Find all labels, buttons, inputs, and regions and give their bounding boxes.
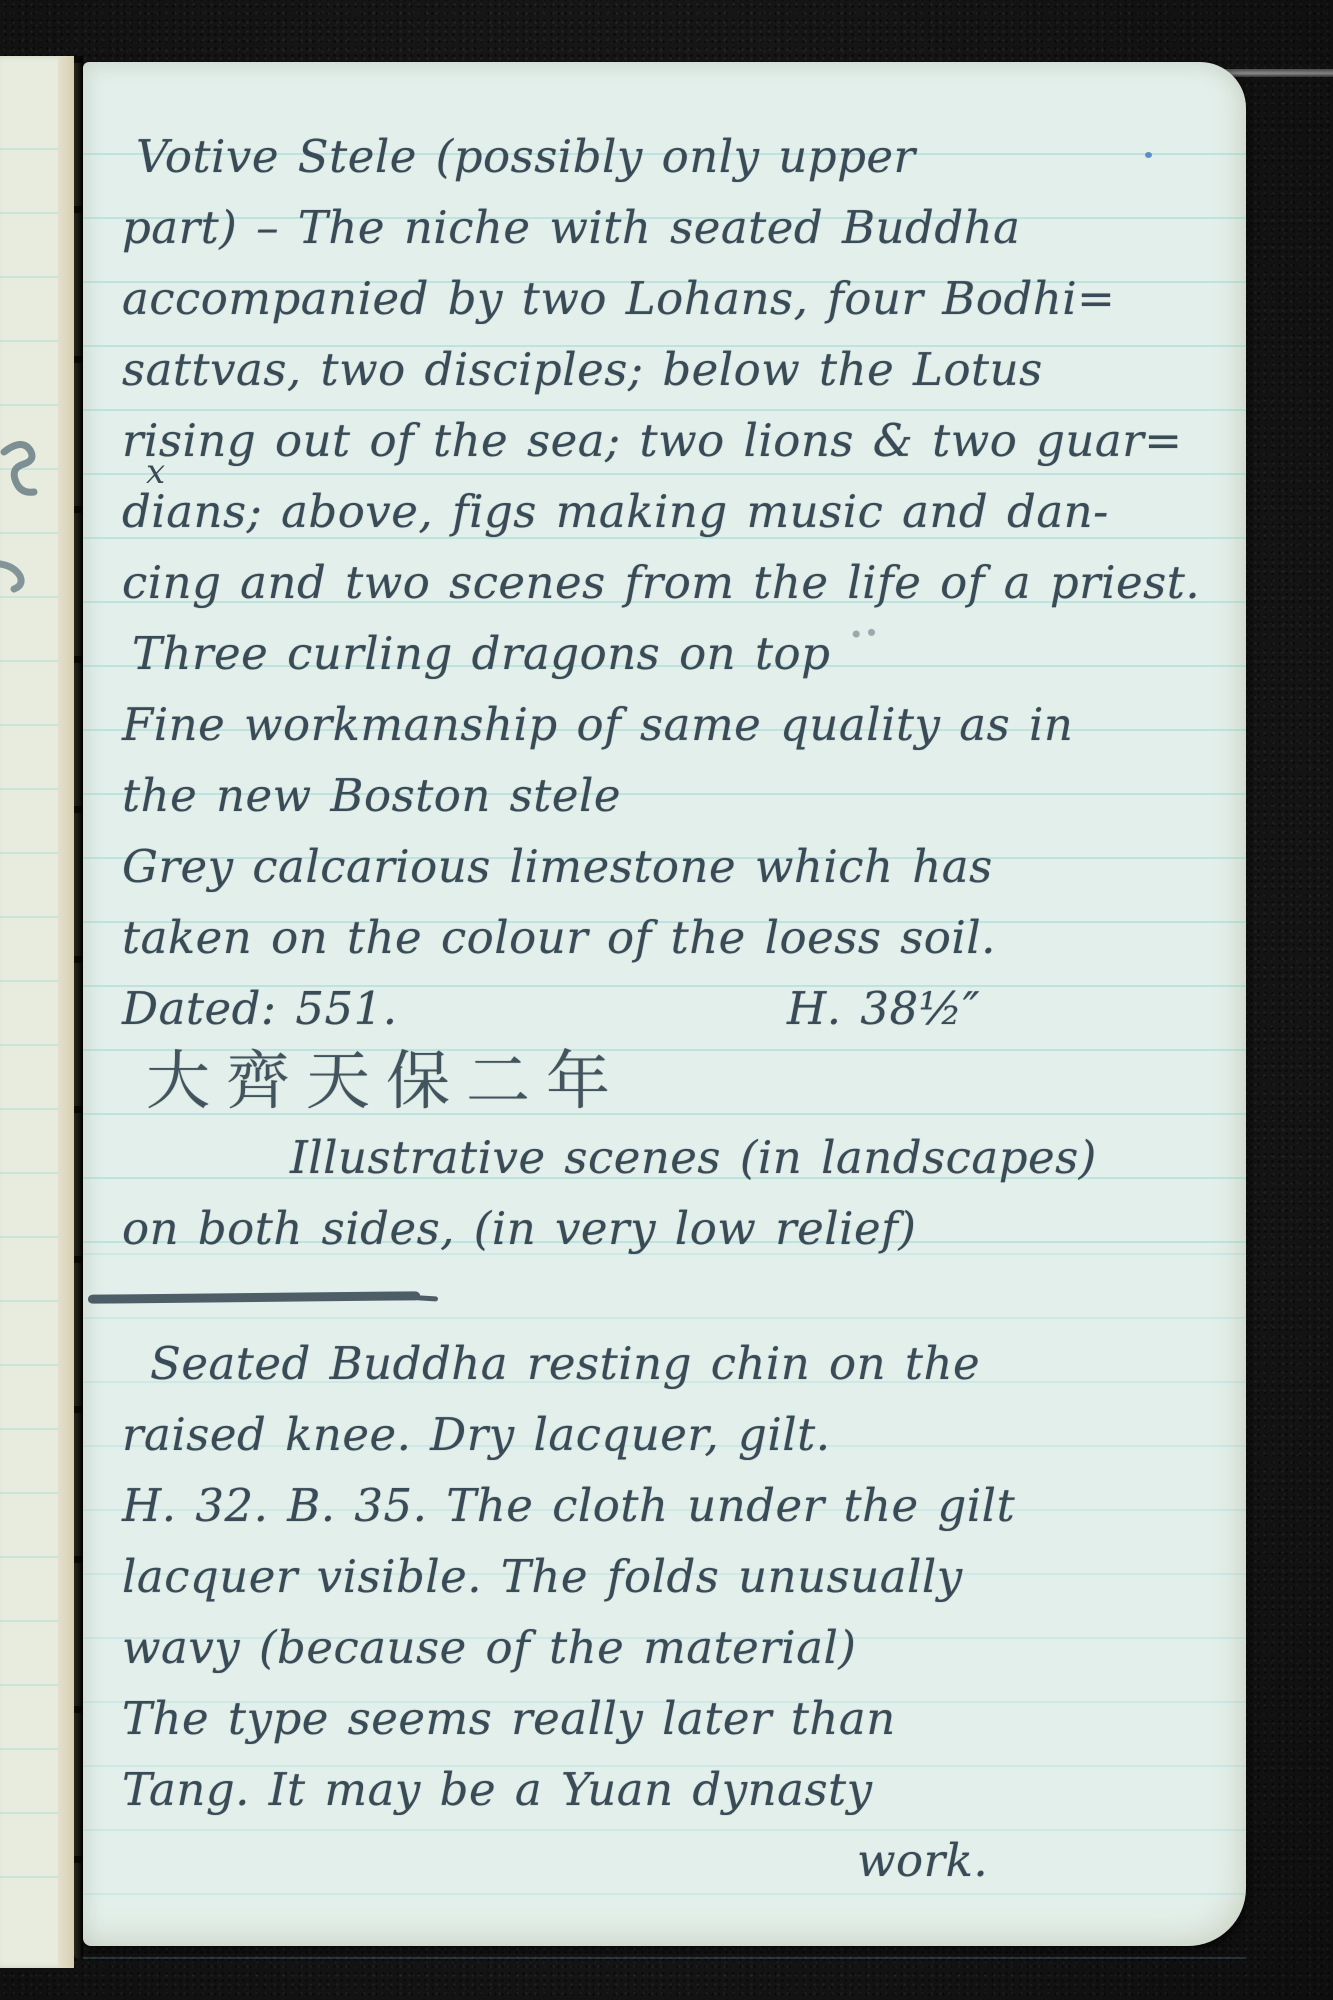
handwriting-line: Grey calcarious limestone which has: [122, 830, 993, 901]
facing-page-sliver: [0, 56, 74, 1968]
handwriting-line: part) – The niche with seated Buddha: [122, 191, 1020, 262]
handwriting-line: Three curling dragons on top: [132, 617, 830, 688]
handwriting-line: taken on the colour of the loess soil.: [122, 901, 996, 972]
handwriting-line: Fine workmanship of same quality as in: [122, 688, 1073, 759]
handwriting-line: Illustrative scenes (in landscapes): [290, 1121, 1097, 1192]
handwriting-line: cing and two scenes from the life of a p…: [122, 546, 1200, 617]
handwriting-line: wavy (because of the material): [122, 1611, 856, 1682]
notebook-scan: x Votive Stele (possibly only upperpart)…: [0, 0, 1333, 2000]
handwriting-line: the new Boston stele: [122, 759, 621, 830]
section-divider: [88, 1291, 420, 1303]
handwriting-line: Tang. It may be a Yuan dynasty: [122, 1753, 873, 1824]
handwriting-line: Dated: 551.H. 38½″: [122, 972, 398, 1043]
handwriting-line: on both sides, (in very low relief): [122, 1192, 916, 1263]
handwriting-line: The type seems really later than: [122, 1682, 896, 1753]
handwriting-line: lacquer visible. The folds unusually: [122, 1540, 963, 1611]
handwriting-line: raised knee. Dry lacquer, gilt.: [122, 1398, 831, 1469]
gutter-seam: [74, 56, 83, 1958]
handwriting-line: rising out of the sea; two lions & two g…: [122, 404, 1182, 475]
handwriting-lines: x Votive Stele (possibly only upperpart)…: [122, 0, 1197, 2000]
ink-fragment: [0, 56, 74, 1968]
measurement-note: H. 38½″: [787, 972, 980, 1046]
handwriting-line: dians; above, figs making music and dan-: [122, 475, 1109, 546]
handwriting-line: Seated Buddha resting chin on the: [150, 1327, 980, 1398]
handwriting-line: sattvas, two disciples; below the Lotus: [122, 333, 1043, 404]
handwriting-line-chinese: 大齊天保二年: [146, 1043, 626, 1121]
handwriting-line: accompanied by two Lohans, four Bodhi=: [122, 262, 1115, 333]
handwriting-line: H. 32. B. 35. The cloth under the gilt: [122, 1469, 1015, 1540]
handwriting-line: work.: [857, 1824, 988, 1895]
handwriting-line: Votive Stele (possibly only upper: [136, 120, 916, 191]
